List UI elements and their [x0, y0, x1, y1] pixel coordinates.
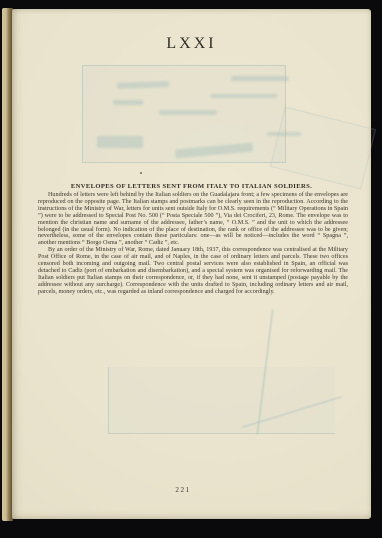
paragraph: By an order of the Ministry of War, Rome… [38, 247, 348, 295]
page-number: 221 [12, 486, 354, 494]
ghost-smudge [117, 81, 169, 89]
ghost-envelope-outline-bottom [108, 367, 335, 434]
ghost-smudge [113, 100, 143, 105]
ghost-smudge [159, 110, 217, 115]
body-text: Hundreds of letters were left behind by … [38, 192, 348, 296]
ghost-smudge [97, 136, 143, 148]
book-page: LXXI ENVELOPES OF LETTERS SENT FROM ITAL… [12, 9, 371, 519]
ghost-envelope-outline-top [82, 65, 286, 163]
paragraph: Hundreds of letters were left behind by … [38, 192, 348, 247]
ghost-envelope-tilted [270, 107, 376, 190]
dust-speck [140, 172, 142, 174]
book-photo: LXXI ENVELOPES OF LETTERS SENT FROM ITAL… [0, 0, 382, 538]
ghost-diagonal-line [256, 309, 273, 434]
ghost-smudge [175, 143, 253, 159]
section-title: ENVELOPES OF LETTERS SENT FROM ITALY TO … [12, 183, 371, 190]
chapter-heading: LXXI [12, 35, 371, 53]
ghost-slanted-edge [242, 396, 342, 428]
ghost-smudge [211, 94, 277, 98]
ghost-smudge [231, 76, 289, 81]
ghost-smudge [267, 132, 301, 136]
